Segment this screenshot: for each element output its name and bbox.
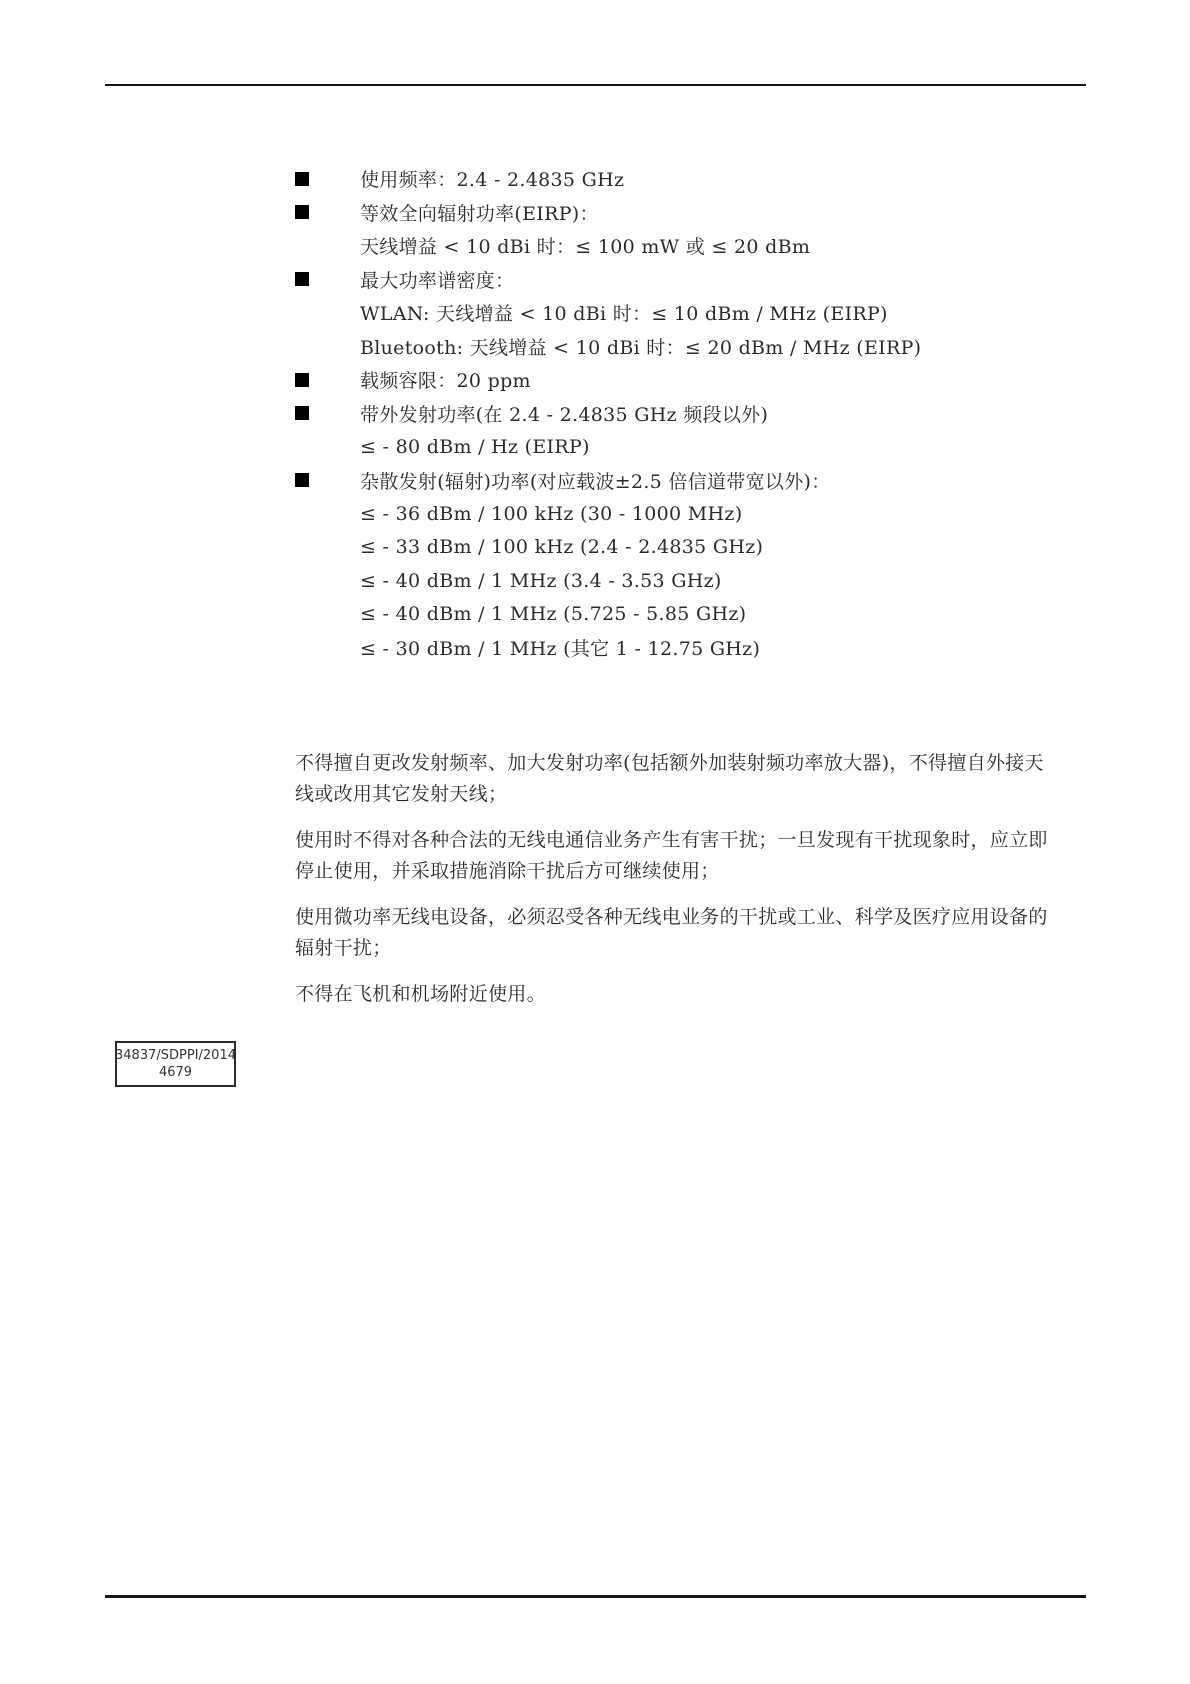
spec-item-frequency: 使用频率：2.4 - 2.4835 GHz bbox=[295, 162, 1085, 196]
list-item: 载频容限：20 ppm bbox=[295, 363, 1085, 397]
certification-id: 34837/SDPPI/2014 bbox=[115, 1047, 236, 1064]
spec-item-carrier-tolerance: 载频容限：20 ppm bbox=[295, 363, 1085, 397]
spec-item-label: 最大功率谱密度： bbox=[360, 266, 514, 293]
spec-subline: ≤ - 36 dBm / 100 kHz (30 - 1000 MHz) bbox=[295, 497, 1085, 531]
spec-item-label: 等效全向辐射功率(EIRP)： bbox=[360, 199, 599, 226]
spec-subline-text: ≤ - 40 dBm / 1 MHz (3.4 - 3.53 GHz) bbox=[360, 570, 722, 592]
notice-paragraph: 使用时不得对各种合法的无线电通信业务产生有害干扰；一旦发现有干扰现象时，应立即停… bbox=[295, 825, 1060, 887]
notice-paragraph: 使用微功率无线电设备，必须忍受各种无线电业务的干扰或工业、科学及医疗应用设备的辐… bbox=[295, 902, 1060, 964]
square-bullet-icon bbox=[295, 406, 309, 420]
spec-subline: ≤ - 40 dBm / 1 MHz (3.4 - 3.53 GHz) bbox=[295, 564, 1085, 598]
spec-subline: Bluetooth: 天线增益 < 10 dBi 时：≤ 20 dBm / MH… bbox=[295, 330, 1085, 364]
list-item: 杂散发射(辐射)功率(对应载波±2.5 倍信道带宽以外)： bbox=[295, 464, 1085, 498]
spec-subline: WLAN: 天线增益 < 10 dBi 时：≤ 10 dBm / MHz (EI… bbox=[295, 296, 1085, 330]
spec-subline-text: ≤ - 36 dBm / 100 kHz (30 - 1000 MHz) bbox=[360, 503, 742, 525]
spec-subline-text: WLAN: 天线增益 < 10 dBi 时：≤ 10 dBm / MHz (EI… bbox=[360, 299, 888, 326]
spec-subline: ≤ - 33 dBm / 100 kHz (2.4 - 2.4835 GHz) bbox=[295, 531, 1085, 565]
document-page: 使用频率：2.4 - 2.4835 GHz 等效全向辐射功率(EIRP)： 天线… bbox=[0, 0, 1190, 1684]
square-bullet-icon bbox=[295, 272, 309, 286]
spec-item-power-density: 最大功率谱密度： WLAN: 天线增益 < 10 dBi 时：≤ 10 dBm … bbox=[295, 263, 1085, 364]
notice-paragraphs: 不得擅自更改发射频率、加大发射功率(包括额外加装射频功率放大器)，不得擅自外接天… bbox=[295, 748, 1060, 1025]
spec-subline-text: ≤ - 80 dBm / Hz (EIRP) bbox=[360, 436, 590, 458]
spec-subline-text: 天线增益 < 10 dBi 时：≤ 100 mW 或 ≤ 20 dBm bbox=[360, 232, 810, 259]
spec-item-label: 带外发射功率(在 2.4 - 2.4835 GHz 频段以外) bbox=[360, 400, 768, 427]
certification-number: 4679 bbox=[159, 1064, 192, 1081]
square-bullet-icon bbox=[295, 205, 309, 219]
spec-item-label: 使用频率：2.4 - 2.4835 GHz bbox=[360, 165, 624, 192]
spec-subline-text: Bluetooth: 天线增益 < 10 dBi 时：≤ 20 dBm / MH… bbox=[360, 333, 921, 360]
header-rule bbox=[105, 84, 1086, 86]
footer-rule bbox=[105, 1595, 1086, 1598]
spec-subline: 天线增益 < 10 dBi 时：≤ 100 mW 或 ≤ 20 dBm bbox=[295, 229, 1085, 263]
spec-subline-text: ≤ - 40 dBm / 1 MHz (5.725 - 5.85 GHz) bbox=[360, 603, 746, 625]
list-item: 带外发射功率(在 2.4 - 2.4835 GHz 频段以外) bbox=[295, 397, 1085, 431]
spec-item-out-of-band: 带外发射功率(在 2.4 - 2.4835 GHz 频段以外) ≤ - 80 d… bbox=[295, 397, 1085, 464]
spec-item-eirp: 等效全向辐射功率(EIRP)： 天线增益 < 10 dBi 时：≤ 100 mW… bbox=[295, 196, 1085, 263]
spec-item-label: 载频容限：20 ppm bbox=[360, 366, 531, 393]
list-item: 等效全向辐射功率(EIRP)： bbox=[295, 196, 1085, 230]
list-item: 最大功率谱密度： bbox=[295, 263, 1085, 297]
spec-subline: ≤ - 80 dBm / Hz (EIRP) bbox=[295, 430, 1085, 464]
square-bullet-icon bbox=[295, 172, 309, 186]
notice-paragraph: 不得在飞机和机场附近使用。 bbox=[295, 979, 1060, 1010]
spec-subline-text: ≤ - 33 dBm / 100 kHz (2.4 - 2.4835 GHz) bbox=[360, 536, 763, 558]
spec-item-spurious-emission: 杂散发射(辐射)功率(对应载波±2.5 倍信道带宽以外)： ≤ - 36 dBm… bbox=[295, 464, 1085, 665]
certification-box: 34837/SDPPI/2014 4679 bbox=[115, 1041, 236, 1087]
spec-subline: ≤ - 30 dBm / 1 MHz (其它 1 - 12.75 GHz) bbox=[295, 631, 1085, 665]
list-item: 使用频率：2.4 - 2.4835 GHz bbox=[295, 162, 1085, 196]
square-bullet-icon bbox=[295, 473, 309, 487]
spec-subline: ≤ - 40 dBm / 1 MHz (5.725 - 5.85 GHz) bbox=[295, 598, 1085, 632]
spec-item-label: 杂散发射(辐射)功率(对应载波±2.5 倍信道带宽以外)： bbox=[360, 467, 831, 494]
spec-list: 使用频率：2.4 - 2.4835 GHz 等效全向辐射功率(EIRP)： 天线… bbox=[295, 162, 1085, 665]
spec-subline-text: ≤ - 30 dBm / 1 MHz (其它 1 - 12.75 GHz) bbox=[360, 634, 760, 661]
notice-paragraph: 不得擅自更改发射频率、加大发射功率(包括额外加装射频功率放大器)，不得擅自外接天… bbox=[295, 748, 1060, 810]
square-bullet-icon bbox=[295, 373, 309, 387]
